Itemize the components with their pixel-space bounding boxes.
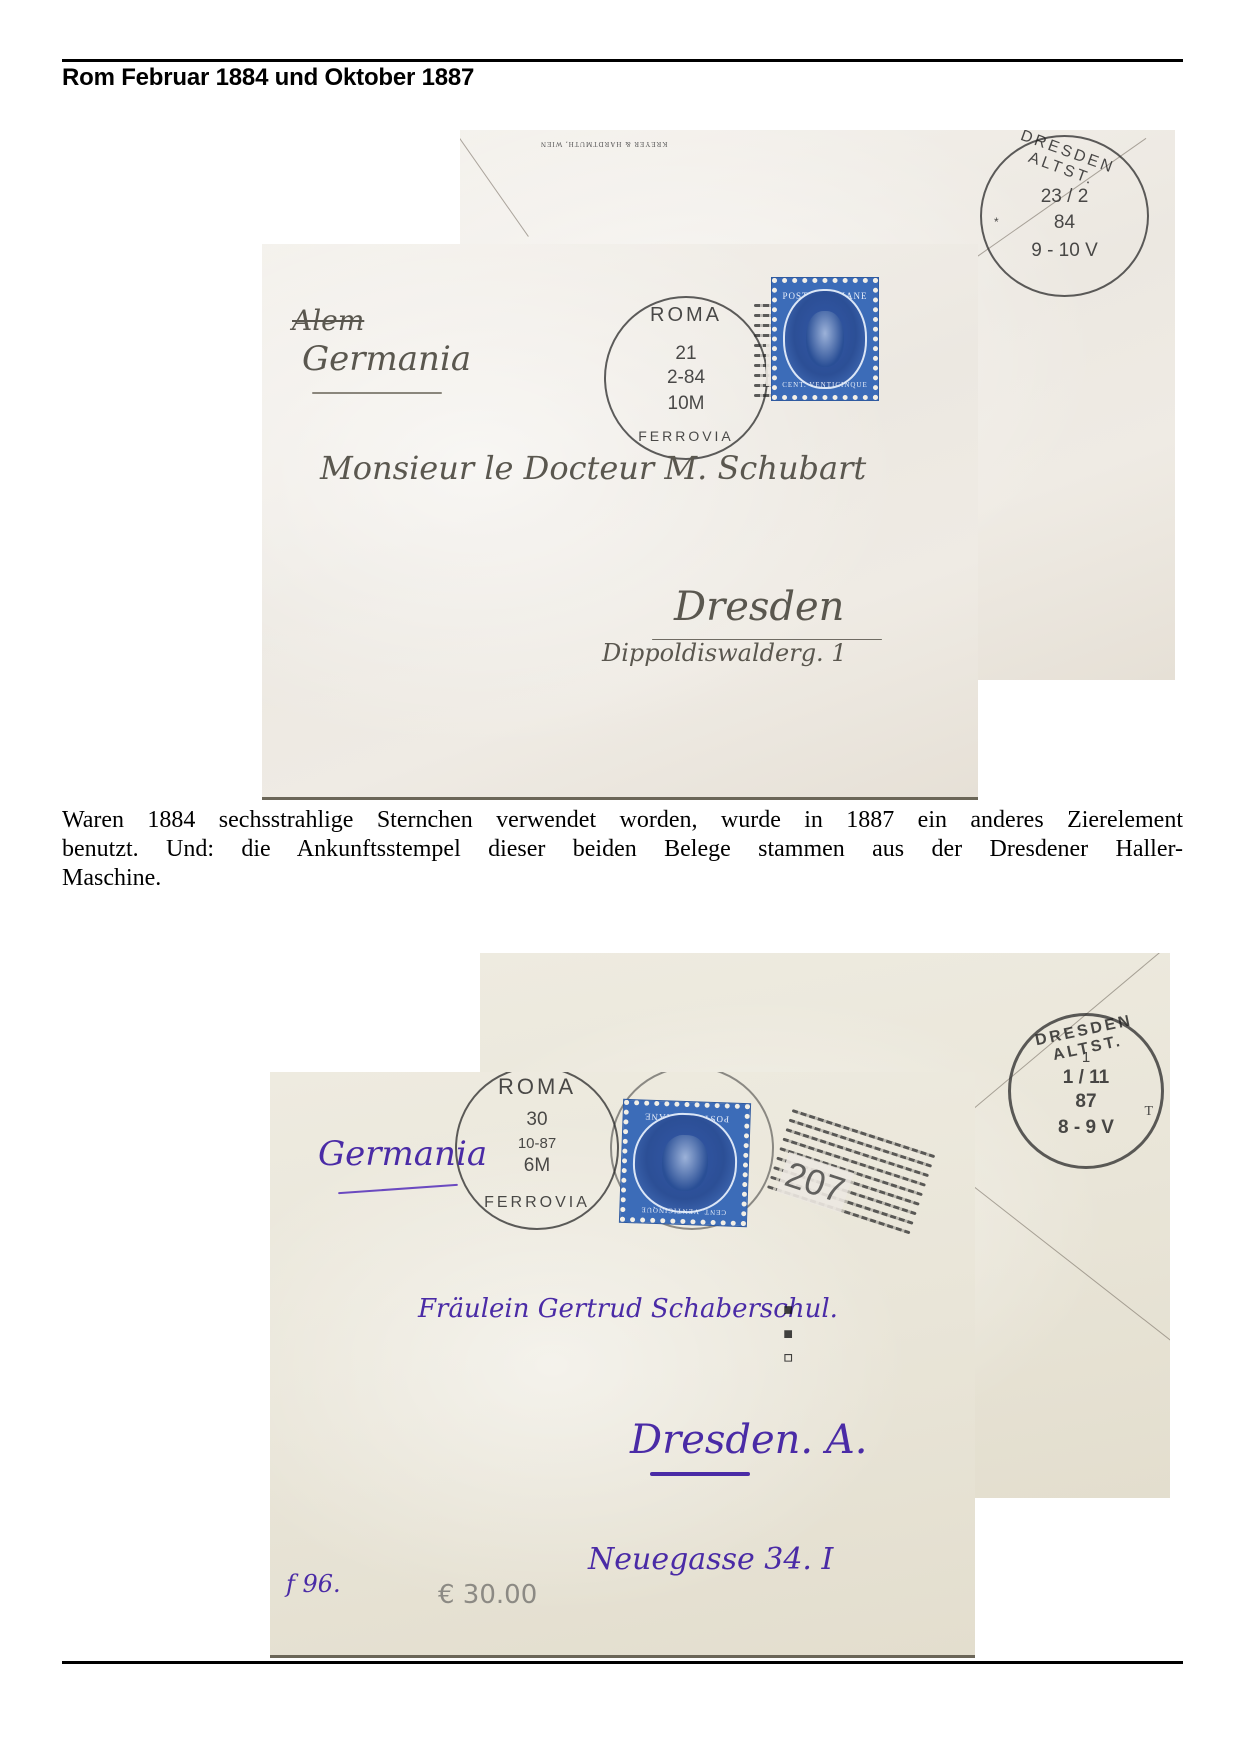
king-portrait [806,311,844,367]
page-title: Rom Februar 1884 und Oktober 1887 [62,64,474,92]
postage-stamp-1887: POSTE ITALIANE CENT. VENTICINQUE [620,1100,750,1226]
underline [312,392,442,394]
envelope-front-1887: ROMA 30 10-87 6M FERROVIA Germania 207 P… [270,1072,975,1658]
addressee: Fräulein Gertrud Schaberschul. [418,1294,838,1324]
destination-country: Germania [318,1134,487,1174]
top-rule [62,59,1183,62]
destination-city: Dresden [674,584,844,630]
addressee: Monsieur le Docteur M. Schubart [320,449,866,487]
destination-city: Dresden. A. [630,1417,867,1463]
flap-fold [460,138,529,237]
struck-destination: Alem [292,304,364,337]
printer-imprint: KREYER & HARDTMUTH, WIEN [540,140,667,148]
king-portrait [661,1134,709,1192]
street-address: Dippoldiswalderg. 1 [602,639,847,667]
arrival-postmark-1884: DRESDEN ALTST. * 23 / 2 84 9 - 10 V [980,135,1149,297]
envelope-front-1884: Alem Germania ROMA 21 2-84 10M FERROVIA … [262,244,978,800]
street-address: Neuegasse 34. I [588,1542,833,1577]
arrival-postmark-1887: DRESDEN ALTST. 1 1 / 11 87 8 - 9 V T [1008,1013,1164,1169]
underline [338,1184,458,1194]
bottom-rule [62,1661,1183,1664]
arrival-machine-postmark-front: ▪ ▪ ▫ [778,1304,802,1364]
pencil-reference-note: f 96. [286,1570,341,1598]
destination-country: Germania [302,339,471,379]
numeral-obliterator-1887: 207 [765,1109,935,1241]
price-note: € 30.00 [438,1580,537,1610]
underline [650,1472,750,1476]
postage-stamp-1884: POSTE ITALIANE CENT. VENTICINQUE [772,278,878,400]
roma-ferrovia-postmark-1884: ROMA 21 2-84 10M FERROVIA [604,296,768,460]
flap-fold [969,1183,1170,1344]
caption: Waren 1884 sechsstrahlige Sternchen verw… [62,806,1183,893]
